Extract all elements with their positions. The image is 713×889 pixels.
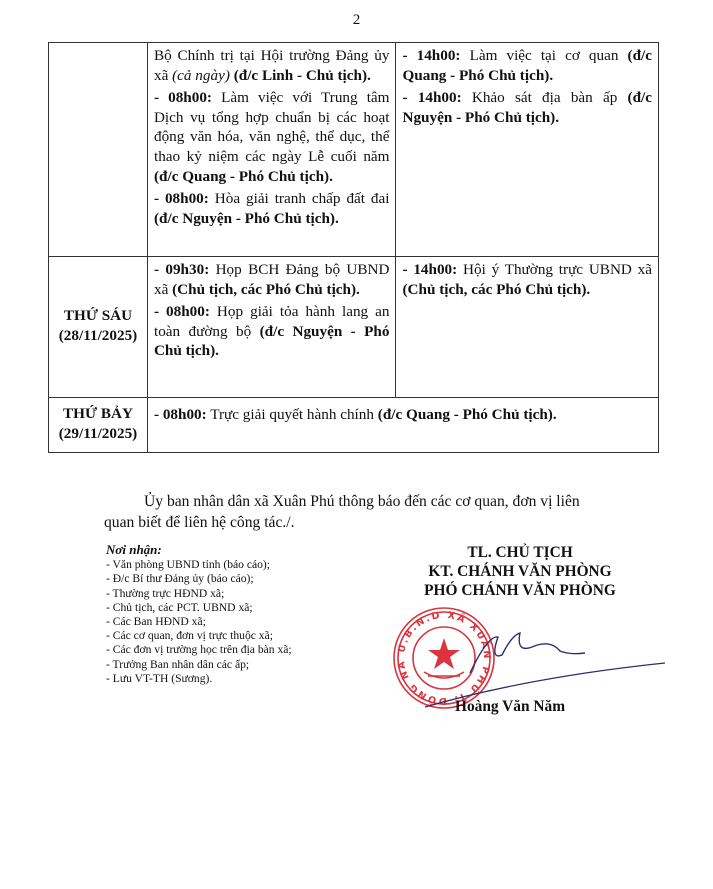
afternoon-cell: - 14h00: Hội ý Thường trực UBND xã (Chủ … (396, 257, 659, 398)
schedule-entry: - 08h00: Họp giải tỏa hành lang an toàn … (154, 302, 390, 361)
morning-cell: - 09h30: Họp BCH Đảng bộ UBND xã (Chủ tị… (147, 257, 396, 398)
schedule-entry: - 14h00: Làm việc tại cơ quan (đ/c Quang… (402, 46, 652, 85)
closing-line-1: Ủy ban nhân dân xã Xuân Phú thông báo đế… (104, 491, 660, 512)
morning-cell: Bộ Chính trị tại Hội trường Đảng ủy xã (… (147, 43, 396, 257)
day-label: THỨ SÁU (55, 306, 141, 326)
day-date: (29/11/2025) (55, 424, 141, 444)
table-row: Bộ Chính trị tại Hội trường Đảng ủy xã (… (49, 43, 659, 257)
signer-name: Hoàng Văn Năm (455, 698, 565, 716)
signature-line-1: TL. CHỦ TỊCH (380, 543, 660, 562)
closing-paragraph: Ủy ban nhân dân xã Xuân Phú thông báo đế… (104, 491, 660, 533)
afternoon-cell: - 14h00: Làm việc tại cơ quan (đ/c Quang… (396, 43, 659, 257)
table-row: THỨ BẢY (29/11/2025) - 08h00: Trực giải … (49, 398, 659, 453)
recipient-item: - Chủ tịch, các PCT. UBND xã; (106, 601, 292, 615)
full-day-cell: - 08h00: Trực giải quyết hành chính (đ/c… (147, 398, 658, 453)
recipients-list: - Văn phòng UBND tỉnh (báo cáo);- Đ/c Bí… (106, 558, 292, 686)
recipient-item: - Văn phòng UBND tỉnh (báo cáo); (106, 558, 292, 572)
day-cell: THỨ SÁU (28/11/2025) (49, 257, 148, 398)
closing-line-2: quan biết để liên hệ công tác./. (104, 514, 295, 531)
recipients-title: Nơi nhận: (106, 543, 292, 557)
schedule-entry: - 08h00: Trực giải quyết hành chính (đ/c… (154, 405, 652, 425)
schedule-entry: - 08h00: Hòa giải tranh chấp đất đai (đ/… (154, 189, 390, 228)
signature-line-3: PHÓ CHÁNH VĂN PHÒNG (380, 581, 660, 600)
recipient-item: - Lưu VT-TH (Sương). (106, 672, 292, 686)
recipient-item: - Trưởng Ban nhân dân các ấp; (106, 658, 292, 672)
recipient-item: - Thường trực HĐND xã; (106, 587, 292, 601)
schedule-table: Bộ Chính trị tại Hội trường Đảng ủy xã (… (48, 42, 659, 453)
schedule-entry: Bộ Chính trị tại Hội trường Đảng ủy xã (… (154, 46, 390, 85)
page-number: 2 (0, 12, 713, 29)
day-date: (28/11/2025) (55, 326, 141, 346)
schedule-entry: - 09h30: Họp BCH Đảng bộ UBND xã (Chủ tị… (154, 260, 390, 299)
day-cell (49, 43, 148, 257)
schedule-entry: - 14h00: Khảo sát địa bàn ấp (đ/c Nguyện… (402, 88, 652, 127)
table-row: THỨ SÁU (28/11/2025) - 09h30: Họp BCH Đả… (49, 257, 659, 398)
recipient-item: - Các cơ quan, đơn vị trực thuộc xã; (106, 629, 292, 643)
recipient-item: - Đ/c Bí thư Đảng ủy (báo cáo); (106, 572, 292, 586)
recipient-item: - Các Ban HĐND xã; (106, 615, 292, 629)
signature-line-2: KT. CHÁNH VĂN PHÒNG (380, 562, 660, 581)
day-cell: THỨ BẢY (29/11/2025) (49, 398, 148, 453)
schedule-entry: - 14h00: Hội ý Thường trực UBND xã (Chủ … (402, 260, 652, 299)
recipients-block: Nơi nhận: - Văn phòng UBND tỉnh (báo cáo… (106, 543, 292, 686)
signature-block: TL. CHỦ TỊCH KT. CHÁNH VĂN PHÒNG PHÓ CHÁ… (380, 543, 660, 600)
day-label: THỨ BẢY (55, 404, 141, 424)
schedule-entry: - 08h00: Làm việc với Trung tâm Dịch vụ … (154, 88, 390, 186)
recipient-item: - Các đơn vị trường học trên địa bàn xã; (106, 643, 292, 657)
